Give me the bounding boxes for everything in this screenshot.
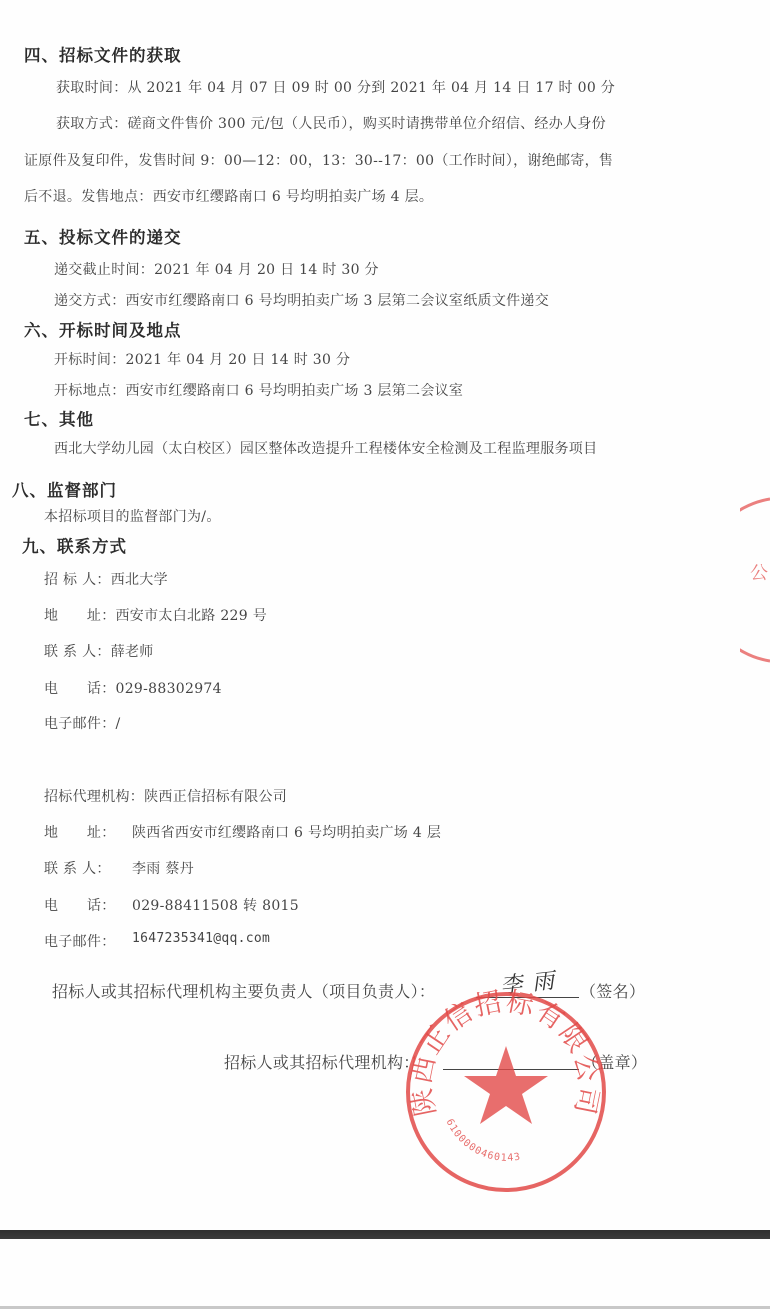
obtain-method-line2: 证原件及复印件，发售时间 9：00—12：00，13：30--17：00（工作时… xyxy=(24,150,613,170)
supervision-text: 本招标项目的监督部门为/。 xyxy=(44,506,221,526)
tenderer-contact: 联 系 人：薛老师 xyxy=(44,641,154,661)
signature-org-label: 招标人或其招标代理机构： xyxy=(224,1050,420,1073)
tenderer-address: 地 址：西安市太白北路 229 号 xyxy=(44,605,267,625)
page-separator-bar xyxy=(0,1230,770,1239)
tenderer-phone: 电 话：029-88302974 xyxy=(44,678,222,698)
other-text: 西北大学幼儿园（太白校区）园区整体改造提升工程楼体安全检测及工程监理服务项目 xyxy=(54,438,597,458)
agency-address: 陕西省西安市红缨路南口 6 号均明拍卖广场 4 层 xyxy=(132,822,441,842)
opening-time: 开标时间：2021 年 04 月 20 日 14 时 30 分 xyxy=(54,349,350,369)
next-page-area xyxy=(0,1239,770,1307)
section-8-heading: 八、监督部门 xyxy=(12,477,117,501)
agency-name: 招标代理机构：陕西正信招标有限公司 xyxy=(44,786,287,806)
agency-phone-label: 电 话： xyxy=(44,895,116,915)
agency-email: 1647235341@qq.com xyxy=(132,931,270,946)
document-page: 四、招标文件的获取 获取时间：从 2021 年 04 月 07 日 09 时 0… xyxy=(0,0,770,1230)
section-4-heading: 四、招标文件的获取 xyxy=(24,42,182,66)
partial-seal-icon: 公 xyxy=(740,497,770,663)
section-6-heading: 六、开标时间及地点 xyxy=(24,317,182,341)
section-9-heading: 九、联系方式 xyxy=(22,533,127,557)
opening-place: 开标地点：西安市红缨路南口 6 号均明拍卖广场 3 层第二会议室 xyxy=(54,380,463,400)
tenderer-name: 招 标 人：西北大学 xyxy=(44,569,168,589)
agency-email-label: 电子邮件： xyxy=(44,931,116,951)
obtain-time: 获取时间：从 2021 年 04 月 07 日 09 时 00 分到 2021 … xyxy=(56,77,615,97)
tenderer-email: 电子邮件：/ xyxy=(44,713,121,733)
company-seal-icon: 陕西正信招标有限公司 6100000460143 xyxy=(404,988,608,1196)
section-5-heading: 五、投标文件的递交 xyxy=(24,224,182,248)
agency-contact-label: 联 系 人： xyxy=(44,858,111,878)
svg-text:公: 公 xyxy=(750,563,768,584)
section-7-heading: 七、其他 xyxy=(24,406,94,430)
agency-contact: 李雨 蔡丹 xyxy=(132,858,194,878)
signature-person-label: 招标人或其招标代理机构主要负责人（项目负责人）： xyxy=(52,979,435,1002)
obtain-method-line1: 获取方式：磋商文件售价 300 元/包（人民币），购买时请携带单位介绍信、经办人… xyxy=(56,113,606,133)
submission-deadline: 递交截止时间：2021 年 04 月 20 日 14 时 30 分 xyxy=(54,259,379,279)
submission-method: 递交方式：西安市红缨路南口 6 号均明拍卖广场 3 层第二会议室纸质文件递交 xyxy=(54,290,549,310)
obtain-method-line3: 后不退。发售地点：西安市红缨路南口 6 号均明拍卖广场 4 层。 xyxy=(24,186,433,206)
agency-phone: 029-88411508 转 8015 xyxy=(132,895,299,915)
svg-text:6100000460143: 6100000460143 xyxy=(444,1117,522,1164)
agency-address-label: 地 址： xyxy=(44,822,116,842)
